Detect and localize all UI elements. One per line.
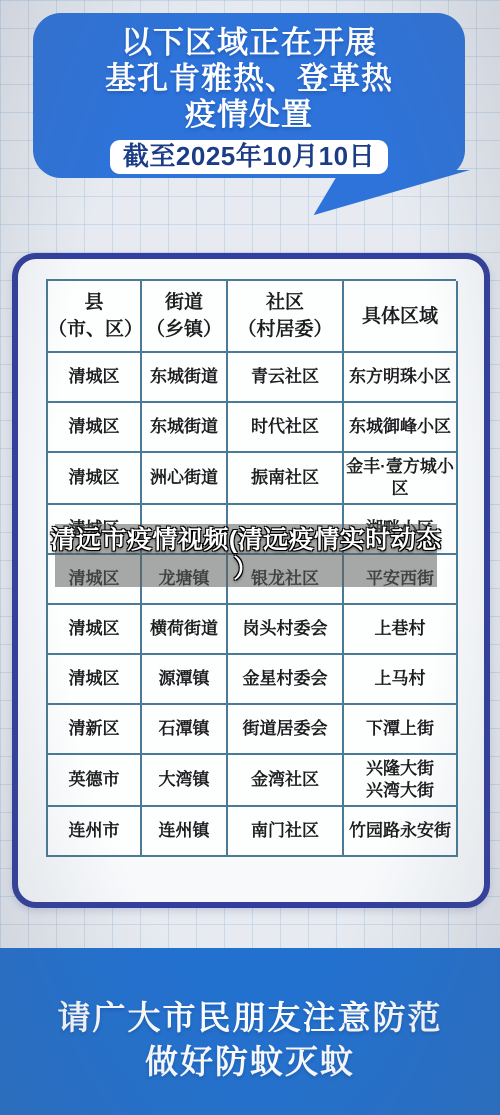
- table-cell: 清城区: [48, 453, 142, 505]
- footer-line-1: 请广大市民朋友注意防范: [58, 1000, 443, 1036]
- table-cell: 岗头村委会: [228, 605, 344, 655]
- table-cell: 金湾社区: [228, 755, 344, 807]
- header-cell-area: 具体区域: [344, 281, 458, 353]
- table-cell: 连州镇: [142, 807, 228, 857]
- header-cell-community: 社区 （村居委）: [228, 281, 344, 353]
- table-cell: 东城街道: [142, 403, 228, 453]
- table-cell: 上巷村: [344, 605, 458, 655]
- table-cell: 竹园路永安街: [344, 807, 458, 857]
- table-cell: 上马村: [344, 655, 458, 705]
- announcement-line-1: 以下区域正在开展: [121, 25, 377, 61]
- table-cell: 东方明珠小区: [344, 353, 458, 403]
- announcement-line-2: 基孔肯雅热、登革热: [105, 61, 393, 97]
- watermark-line-1: 清远市疫情视频(清远疫情实时动态: [50, 526, 441, 555]
- table-cell: 清城区: [48, 655, 142, 705]
- table-cell: 英德市: [48, 755, 142, 807]
- table-cell: 东城御峰小区: [344, 403, 458, 453]
- table-cell: 时代社区: [228, 403, 344, 453]
- table-cell: 清城区: [48, 403, 142, 453]
- table-cell: 石潭镇: [142, 705, 228, 755]
- announcement-line-3: 疫情处置: [185, 97, 313, 133]
- watermark-overlay: 清远市疫情视频(清远疫情实时动态 ）: [55, 524, 437, 587]
- date-badge: 截至2025年10月10日: [110, 140, 388, 174]
- announcement-bubble: 以下区域正在开展 基孔肯雅热、登革热 疫情处置 截至2025年10月10日: [33, 13, 465, 178]
- table-cell: 横荷街道: [142, 605, 228, 655]
- table-cell: 清城区: [48, 353, 142, 403]
- table-cell: 青云社区: [228, 353, 344, 403]
- table-cell: 金丰·壹方城小区: [344, 453, 458, 505]
- table-cell: 清新区: [48, 705, 142, 755]
- table-cell: 清城区: [48, 605, 142, 655]
- table-cell: 大湾镇: [142, 755, 228, 807]
- table-cell: 街道居委会: [228, 705, 344, 755]
- table-cell: 兴隆大街 兴湾大街: [344, 755, 458, 807]
- table-cell: 下潭上街: [344, 705, 458, 755]
- footer-line-2: 做好防蚊灭蚊: [145, 1044, 355, 1080]
- table-cell: 南门社区: [228, 807, 344, 857]
- table-cell: 振南社区: [228, 453, 344, 505]
- table-cell: 连州市: [48, 807, 142, 857]
- table-cell: 金星村委会: [228, 655, 344, 705]
- infographic-page: { "announcement": { "lines": ["以下区域正在开展"…: [0, 0, 500, 1115]
- table-cell: 洲心街道: [142, 453, 228, 505]
- header-cell-street: 街道 （乡镇）: [142, 281, 228, 353]
- table-cell: 东城街道: [142, 353, 228, 403]
- table-cell: 源潭镇: [142, 655, 228, 705]
- header-cell-county: 县 （市、区）: [48, 281, 142, 353]
- watermark-line-2: ）: [233, 555, 259, 584]
- footer-banner: 请广大市民朋友注意防范 做好防蚊灭蚊: [0, 948, 500, 1115]
